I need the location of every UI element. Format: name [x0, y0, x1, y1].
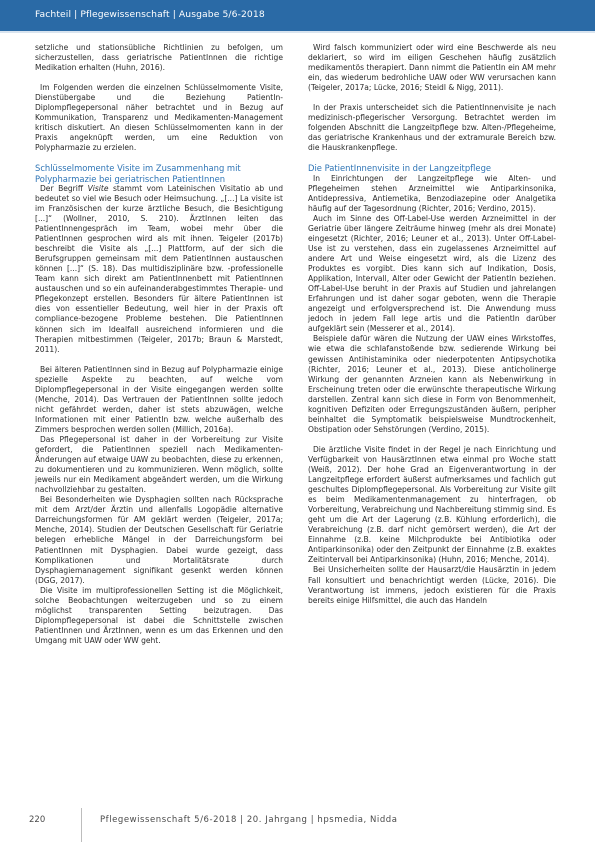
- right-column: Wird falsch kommuniziert oder wird eine …: [308, 43, 556, 606]
- footer-divider: [81, 808, 82, 842]
- paragraph: Die ärztliche Visite findet in der Regel…: [308, 445, 556, 566]
- paragraph: Im Folgenden werden die einzelnen Schlüs…: [35, 83, 283, 153]
- section-heading: Die PatientInnenvisite in der Langzeitpf…: [308, 163, 556, 173]
- paragraph: Bei älteren PatientInnen sind in Bezug a…: [35, 365, 283, 435]
- paragraph: In der Praxis unterscheidet sich die Pat…: [308, 103, 556, 153]
- paragraph: Das Pflegepersonal ist daher in der Vorb…: [35, 435, 283, 495]
- page-number: 220: [29, 815, 45, 825]
- paragraph: Bei Besonderheiten wie Dysphagien sollte…: [35, 495, 283, 585]
- paragraph: Die Visite im multiprofessionellen Setti…: [35, 586, 283, 646]
- paragraph: setzliche und stationsübliche Richtlinie…: [35, 43, 283, 73]
- text-span: Der Begriff: [40, 184, 88, 193]
- left-column: setzliche und stationsübliche Richtlinie…: [35, 43, 283, 646]
- footer-citation: Pflegewissenschaft 5/6-2018 | 20. Jahrga…: [100, 815, 397, 825]
- paragraph: Auch im Sinne des Off-Label-Use werden A…: [308, 214, 556, 335]
- section-heading: Schlüsselmomente Visite im Zusammenhang …: [35, 163, 283, 183]
- paragraph: Der Begriff Visite stammt vom Lateinisch…: [35, 184, 283, 355]
- running-header: Fachteil | Pflegewissenschaft | Ausgabe …: [0, 0, 595, 33]
- paragraph: Bei Unsicherheiten sollte der Hausarzt/d…: [308, 565, 556, 605]
- paragraph: In Einrichtungen der Langzeitpflege wie …: [308, 174, 556, 214]
- paragraph: Beispiele dafür wären die Nutzung der UA…: [308, 334, 556, 434]
- paragraph: Wird falsch kommuniziert oder wird eine …: [308, 43, 556, 93]
- emphasis-text: Visite: [88, 184, 109, 193]
- text-span: stammt vom Lateinischen Visitatio ab und…: [35, 184, 283, 354]
- header-title: Fachteil | Pflegewissenschaft | Ausgabe …: [35, 9, 265, 20]
